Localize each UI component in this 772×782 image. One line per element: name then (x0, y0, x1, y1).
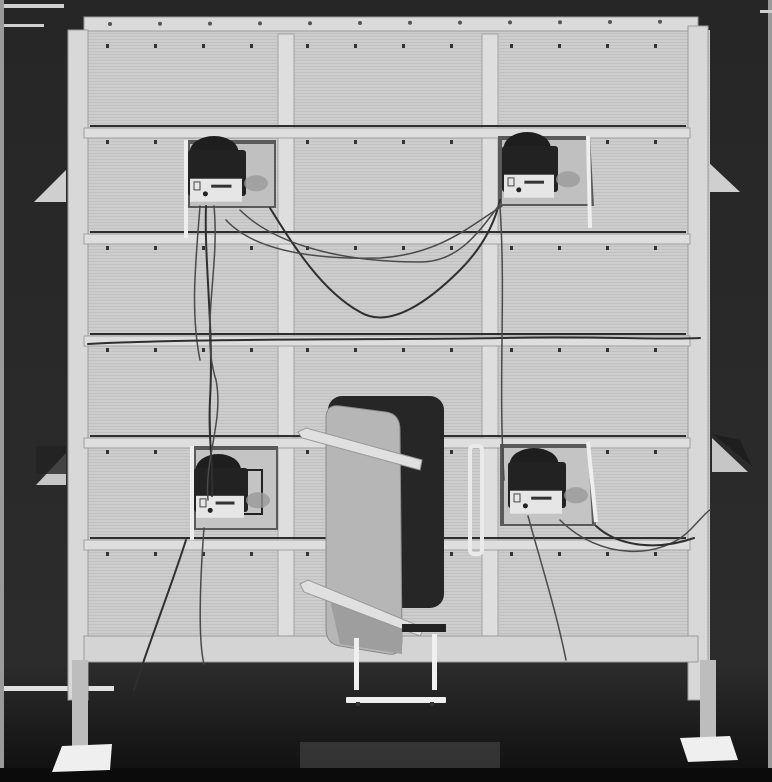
step-leg-left (354, 638, 359, 690)
support-leg-left (72, 660, 88, 750)
floor-streak (4, 4, 64, 8)
support-leg-right (700, 660, 716, 740)
frame-top-rail (84, 17, 698, 31)
step-bar-clip (430, 702, 434, 706)
floor-streak (4, 24, 44, 27)
floor-plate-right (680, 736, 738, 762)
right-border (768, 0, 772, 782)
left-border (0, 0, 4, 782)
floor-shadow (0, 768, 772, 782)
step-bar-clip (356, 702, 360, 706)
step-leg-right (432, 634, 437, 690)
floor-reflection (300, 742, 500, 768)
side-wing-left-lower-bracket (36, 446, 66, 474)
floor-streak (4, 686, 114, 691)
floor-streak (760, 10, 772, 13)
frame-right-upright (688, 26, 708, 700)
photo-scene (0, 0, 772, 782)
door-rail-lower-end (402, 624, 446, 632)
